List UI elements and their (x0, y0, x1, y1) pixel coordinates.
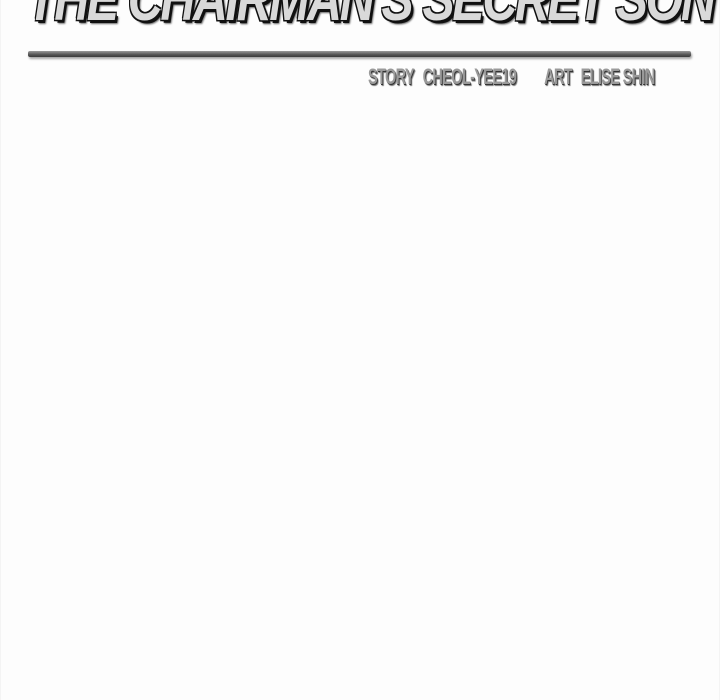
art-label: ART (544, 64, 572, 90)
credits-line: STORY CHEOL-YEE19 ART ELISE SHIN (368, 64, 660, 90)
comic-title: THE CHAIRMAN'S SECRET SON (27, 0, 550, 30)
story-author: CHEOL-YEE19 (423, 64, 517, 90)
story-label: STORY (368, 64, 414, 90)
art-author: ELISE SHIN (581, 64, 655, 90)
title-divider (28, 51, 691, 57)
comic-page: THE CHAIRMAN'S SECRET SON STORY CHEOL-YE… (0, 0, 720, 700)
